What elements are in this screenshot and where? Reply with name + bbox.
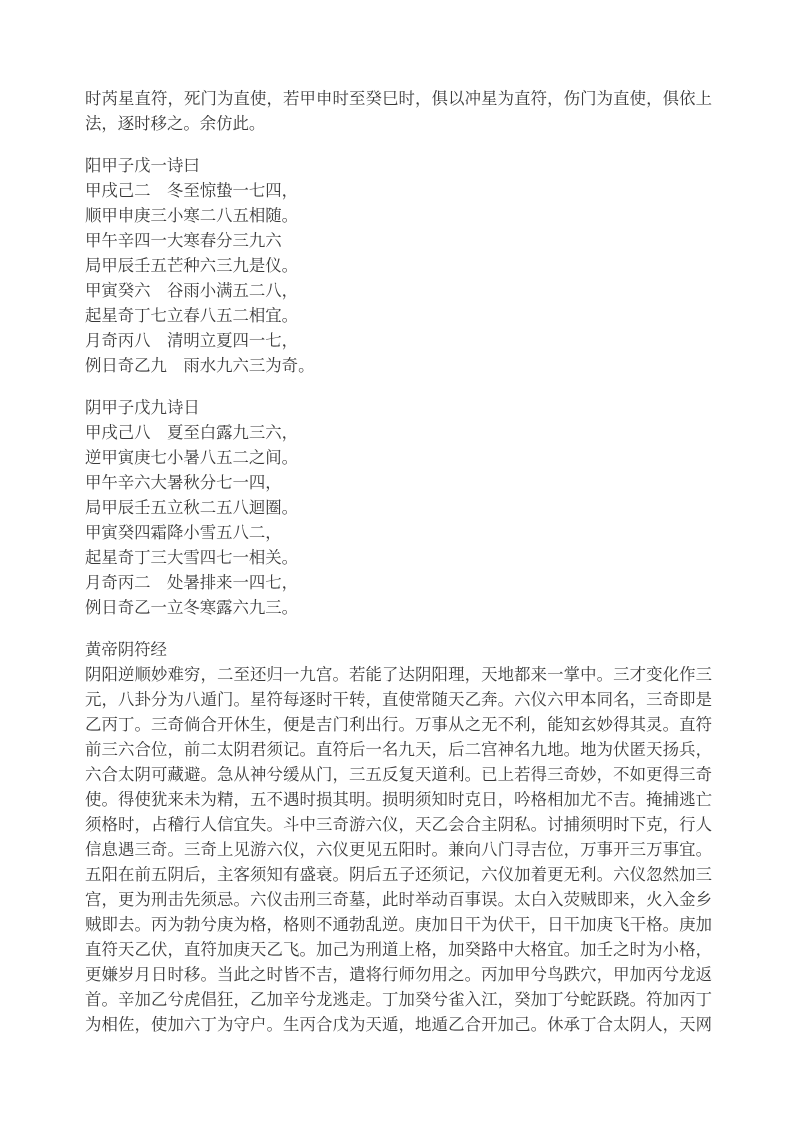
- text-line: 为相佐，使加六丁为守户。生丙合戊为天遁，地遁乙合开加己。休承丁合太阴人，天网: [85, 1012, 712, 1037]
- text-line: 使。得使犹来未为精，五不遇时损其明。损明须知时克日，吟格相加尤不吉。掩捕逃亡: [85, 787, 712, 812]
- text-line: 贼即去。丙为勃兮庚为格，格则不通勃乱逆。庚加日干为伏干，日干加庚飞干格。庚加: [85, 912, 712, 937]
- text-line: 须格时，占稽行人信宜失。斗中三奇游六仪，天乙会合主阴私。讨捕须明时下克，行人: [85, 812, 712, 837]
- text-line: 阴阳逆顺妙难穷，二至还归一九宫。若能了达阴阳理，天地都来一掌中。三才变化作三: [85, 662, 712, 687]
- text-line: 五阳在前五阴后，主客须知有盛衰。阴后五子还须记，六仪加着更无利。六仪忽然加三: [85, 862, 712, 887]
- text-line: 起星奇丁七立春八五二相宜。: [85, 303, 712, 328]
- text-line: 阳甲子戊一诗曰: [85, 153, 712, 178]
- document-content: 时芮星直符，死门为直使，若甲申时至癸巳时，俱以冲星为直符，伤门为直使，俱依上法，…: [85, 86, 712, 1037]
- text-line: 月奇丙二 处暑排来一四七，: [85, 570, 712, 595]
- text-line: 月奇丙八 清明立夏四一七，: [85, 328, 712, 353]
- text-line: 甲寅癸六 谷雨小满五二八，: [85, 278, 712, 303]
- text-line: 逆甲寅庚七小暑八五二之间。: [85, 445, 712, 470]
- text-line: 前三六合位，前二太阴君须记。直符后一名九天，后二宫神名九地。地为伏匿天扬兵，: [85, 737, 712, 762]
- text-line: 例日奇乙九 雨水九六三为奇。: [85, 353, 712, 378]
- text-line: 时芮星直符，死门为直使，若甲申时至癸巳时，俱以冲星为直符，伤门为直使，俱依上: [85, 86, 712, 111]
- text-line: 阴甲子戊九诗日: [85, 395, 712, 420]
- text-line: 局甲辰壬五立秋二五八迴圈。: [85, 495, 712, 520]
- text-line: 法，逐时移之。余仿此。: [85, 111, 712, 136]
- text-line: 元，八卦分为八遁门。星符每逐时干转，直使常随天乙奔。六仪六甲本同名，三奇即是: [85, 687, 712, 712]
- text-block-paragraph: 黄帝阴符经阴阳逆顺妙难穷，二至还归一九宫。若能了达阴阳理，天地都来一掌中。三才变…: [85, 637, 712, 1037]
- text-line: 甲戌己二 冬至惊蛰一七四，: [85, 178, 712, 203]
- document-page: 时芮星直符，死门为直使，若甲申时至癸巳时，俱以冲星为直符，伤门为直使，俱依上法，…: [0, 0, 794, 1122]
- text-block-poem: 阳甲子戊一诗曰甲戌己二 冬至惊蛰一七四，顺甲申庚三小寒二八五相随。甲午辛四一大寒…: [85, 153, 712, 378]
- text-line: 黄帝阴符经: [85, 637, 712, 662]
- text-line: 局甲辰壬五芒种六三九是仪。: [85, 253, 712, 278]
- text-block-poem: 阴甲子戊九诗日甲戌己八 夏至白露九三六，逆甲寅庚七小暑八五二之间。甲午辛六大暑秋…: [85, 395, 712, 620]
- text-line: 宫，更为刑击先须忌。六仪击刑三奇墓，此时举动百事误。太白入荧贼即来，火入金乡: [85, 887, 712, 912]
- text-line: 信息遇三奇。三奇上见游六仪，六仪更见五阳时。兼向八门寻吉位，万事开三万事宜。: [85, 837, 712, 862]
- text-line: 甲寅癸四霜降小雪五八二，: [85, 520, 712, 545]
- text-block-paragraph: 时芮星直符，死门为直使，若甲申时至癸巳时，俱以冲星为直符，伤门为直使，俱依上法，…: [85, 86, 712, 136]
- text-line: 甲午辛四一大寒春分三九六: [85, 228, 712, 253]
- text-line: 甲戌己八 夏至白露九三六，: [85, 420, 712, 445]
- text-line: 乙丙丁。三奇倘合开休生，便是吉门利出行。万事从之无不利，能知玄妙得其灵。直符: [85, 712, 712, 737]
- text-line: 直符天乙伏，直符加庚天乙飞。加己为刑道上格，加癸路中大格宜。加壬之时为小格，: [85, 937, 712, 962]
- text-line: 起星奇丁三大雪四七一相关。: [85, 545, 712, 570]
- text-line: 例日奇乙一立冬寒露六九三。: [85, 595, 712, 620]
- text-line: 甲午辛六大暑秋分七一四，: [85, 470, 712, 495]
- text-line: 更嫌岁月日时移。当此之时皆不吉，遣将行师勿用之。丙加甲兮鸟跌穴，甲加丙兮龙返: [85, 962, 712, 987]
- text-line: 六合太阴可藏避。急从神兮缓从门，三五反复天道利。已上若得三奇妙，不如更得三奇: [85, 762, 712, 787]
- text-line: 首。辛加乙兮虎倡狂，乙加辛兮龙逃走。丁加癸兮雀入江，癸加丁兮蛇跃跷。符加丙丁: [85, 987, 712, 1012]
- text-line: 顺甲申庚三小寒二八五相随。: [85, 203, 712, 228]
